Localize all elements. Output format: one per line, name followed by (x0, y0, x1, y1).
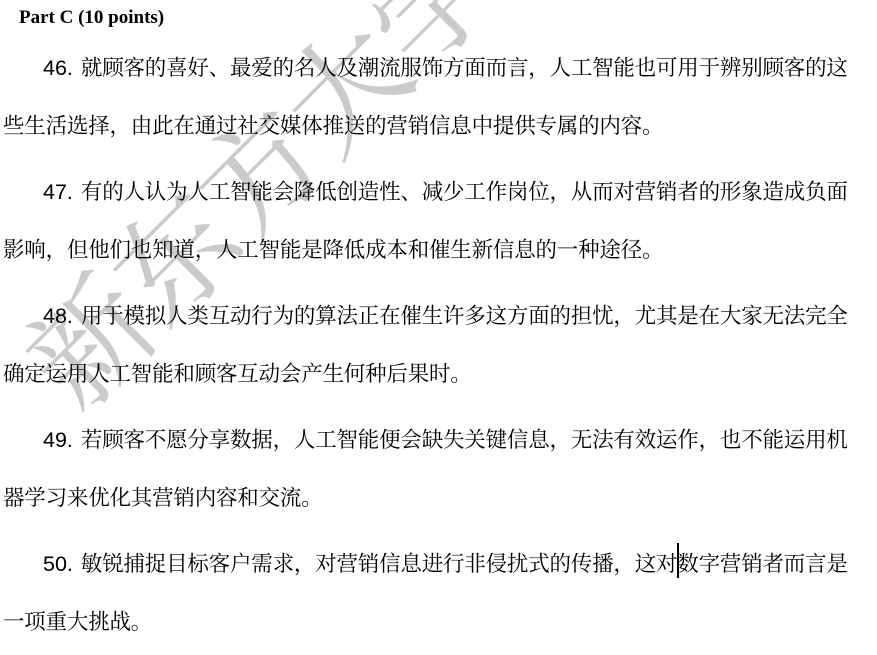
item-48-line-1[interactable]: 48.用于模拟人类互动行为的算法正在催生许多这方面的担忧，尤其是在大家无法完全 (3, 287, 877, 345)
translation-item-49: 49.若顾客不愿分享数据，人工智能便会缺失关键信息，无法有效运作，也不能运用机 … (3, 411, 877, 527)
item-48-text-1: 用于模拟人类互动行为的算法正在催生许多这方面的担忧，尤其是在大家无法完全 (81, 304, 848, 328)
item-47-number: 47. (43, 180, 73, 204)
translation-item-47: 47.有的人认为人工智能会降低创造性、减少工作岗位，从而对营销者的形象造成负面 … (3, 163, 877, 279)
item-50-line-1[interactable]: 50.敏锐捕捉目标客户需求，对营销信息进行非侵扰式的传播，这对数字营销者而言是 (3, 535, 877, 593)
item-50-line-2[interactable]: 一项重大挑战。 (3, 593, 877, 651)
item-48-line-2[interactable]: 确定运用人工智能和顾客互动会产生何种后果时。 (3, 345, 877, 403)
item-46-line-2[interactable]: 些生活选择，由此在通过社交媒体推送的营销信息中提供专属的内容。 (3, 97, 877, 155)
item-50-number: 50. (43, 552, 73, 576)
translation-item-48: 48.用于模拟人类互动行为的算法正在催生许多这方面的担忧，尤其是在大家无法完全 … (3, 287, 877, 403)
translation-item-46: 46.就顾客的喜好、最爱的名人及潮流服饰方面而言，人工智能也可用于辨别顾客的这 … (3, 39, 877, 155)
item-49-line-2[interactable]: 器学习来优化其营销内容和交流。 (3, 469, 877, 527)
item-46-line-1[interactable]: 46.就顾客的喜好、最爱的名人及潮流服饰方面而言，人工智能也可用于辨别顾客的这 (3, 39, 877, 97)
section-header[interactable]: Part C (10 points) (19, 8, 877, 28)
item-49-line-1[interactable]: 49.若顾客不愿分享数据，人工智能便会缺失关键信息，无法有效运作，也不能运用机 (3, 411, 877, 469)
item-46-number: 46. (43, 56, 73, 80)
item-49-text-1: 若顾客不愿分享数据，人工智能便会缺失关键信息，无法有效运作，也不能运用机 (81, 428, 848, 452)
item-47-line-2[interactable]: 影响，但他们也知道，人工智能是降低成本和催生新信息的一种途径。 (3, 221, 877, 279)
item-48-number: 48. (43, 304, 73, 328)
item-50-text-1: 敏锐捕捉目标客户需求，对营销信息进行非侵扰式的传播，这对数字营销者而言是 (81, 552, 848, 576)
document-page[interactable]: 新东方大学生学习 Part C (10 points) 46.就顾客的喜好、最爱… (0, 0, 877, 655)
text-cursor (677, 543, 679, 578)
document-content: Part C (10 points) 46.就顾客的喜好、最爱的名人及潮流服饰方… (3, 8, 877, 651)
item-49-number: 49. (43, 428, 73, 452)
item-46-text-1: 就顾客的喜好、最爱的名人及潮流服饰方面而言，人工智能也可用于辨别顾客的这 (81, 56, 848, 80)
translation-item-50: 50.敏锐捕捉目标客户需求，对营销信息进行非侵扰式的传播，这对数字营销者而言是 … (3, 535, 877, 651)
item-47-text-1: 有的人认为人工智能会降低创造性、减少工作岗位，从而对营销者的形象造成负面 (81, 180, 848, 204)
item-47-line-1[interactable]: 47.有的人认为人工智能会降低创造性、减少工作岗位，从而对营销者的形象造成负面 (3, 163, 877, 221)
